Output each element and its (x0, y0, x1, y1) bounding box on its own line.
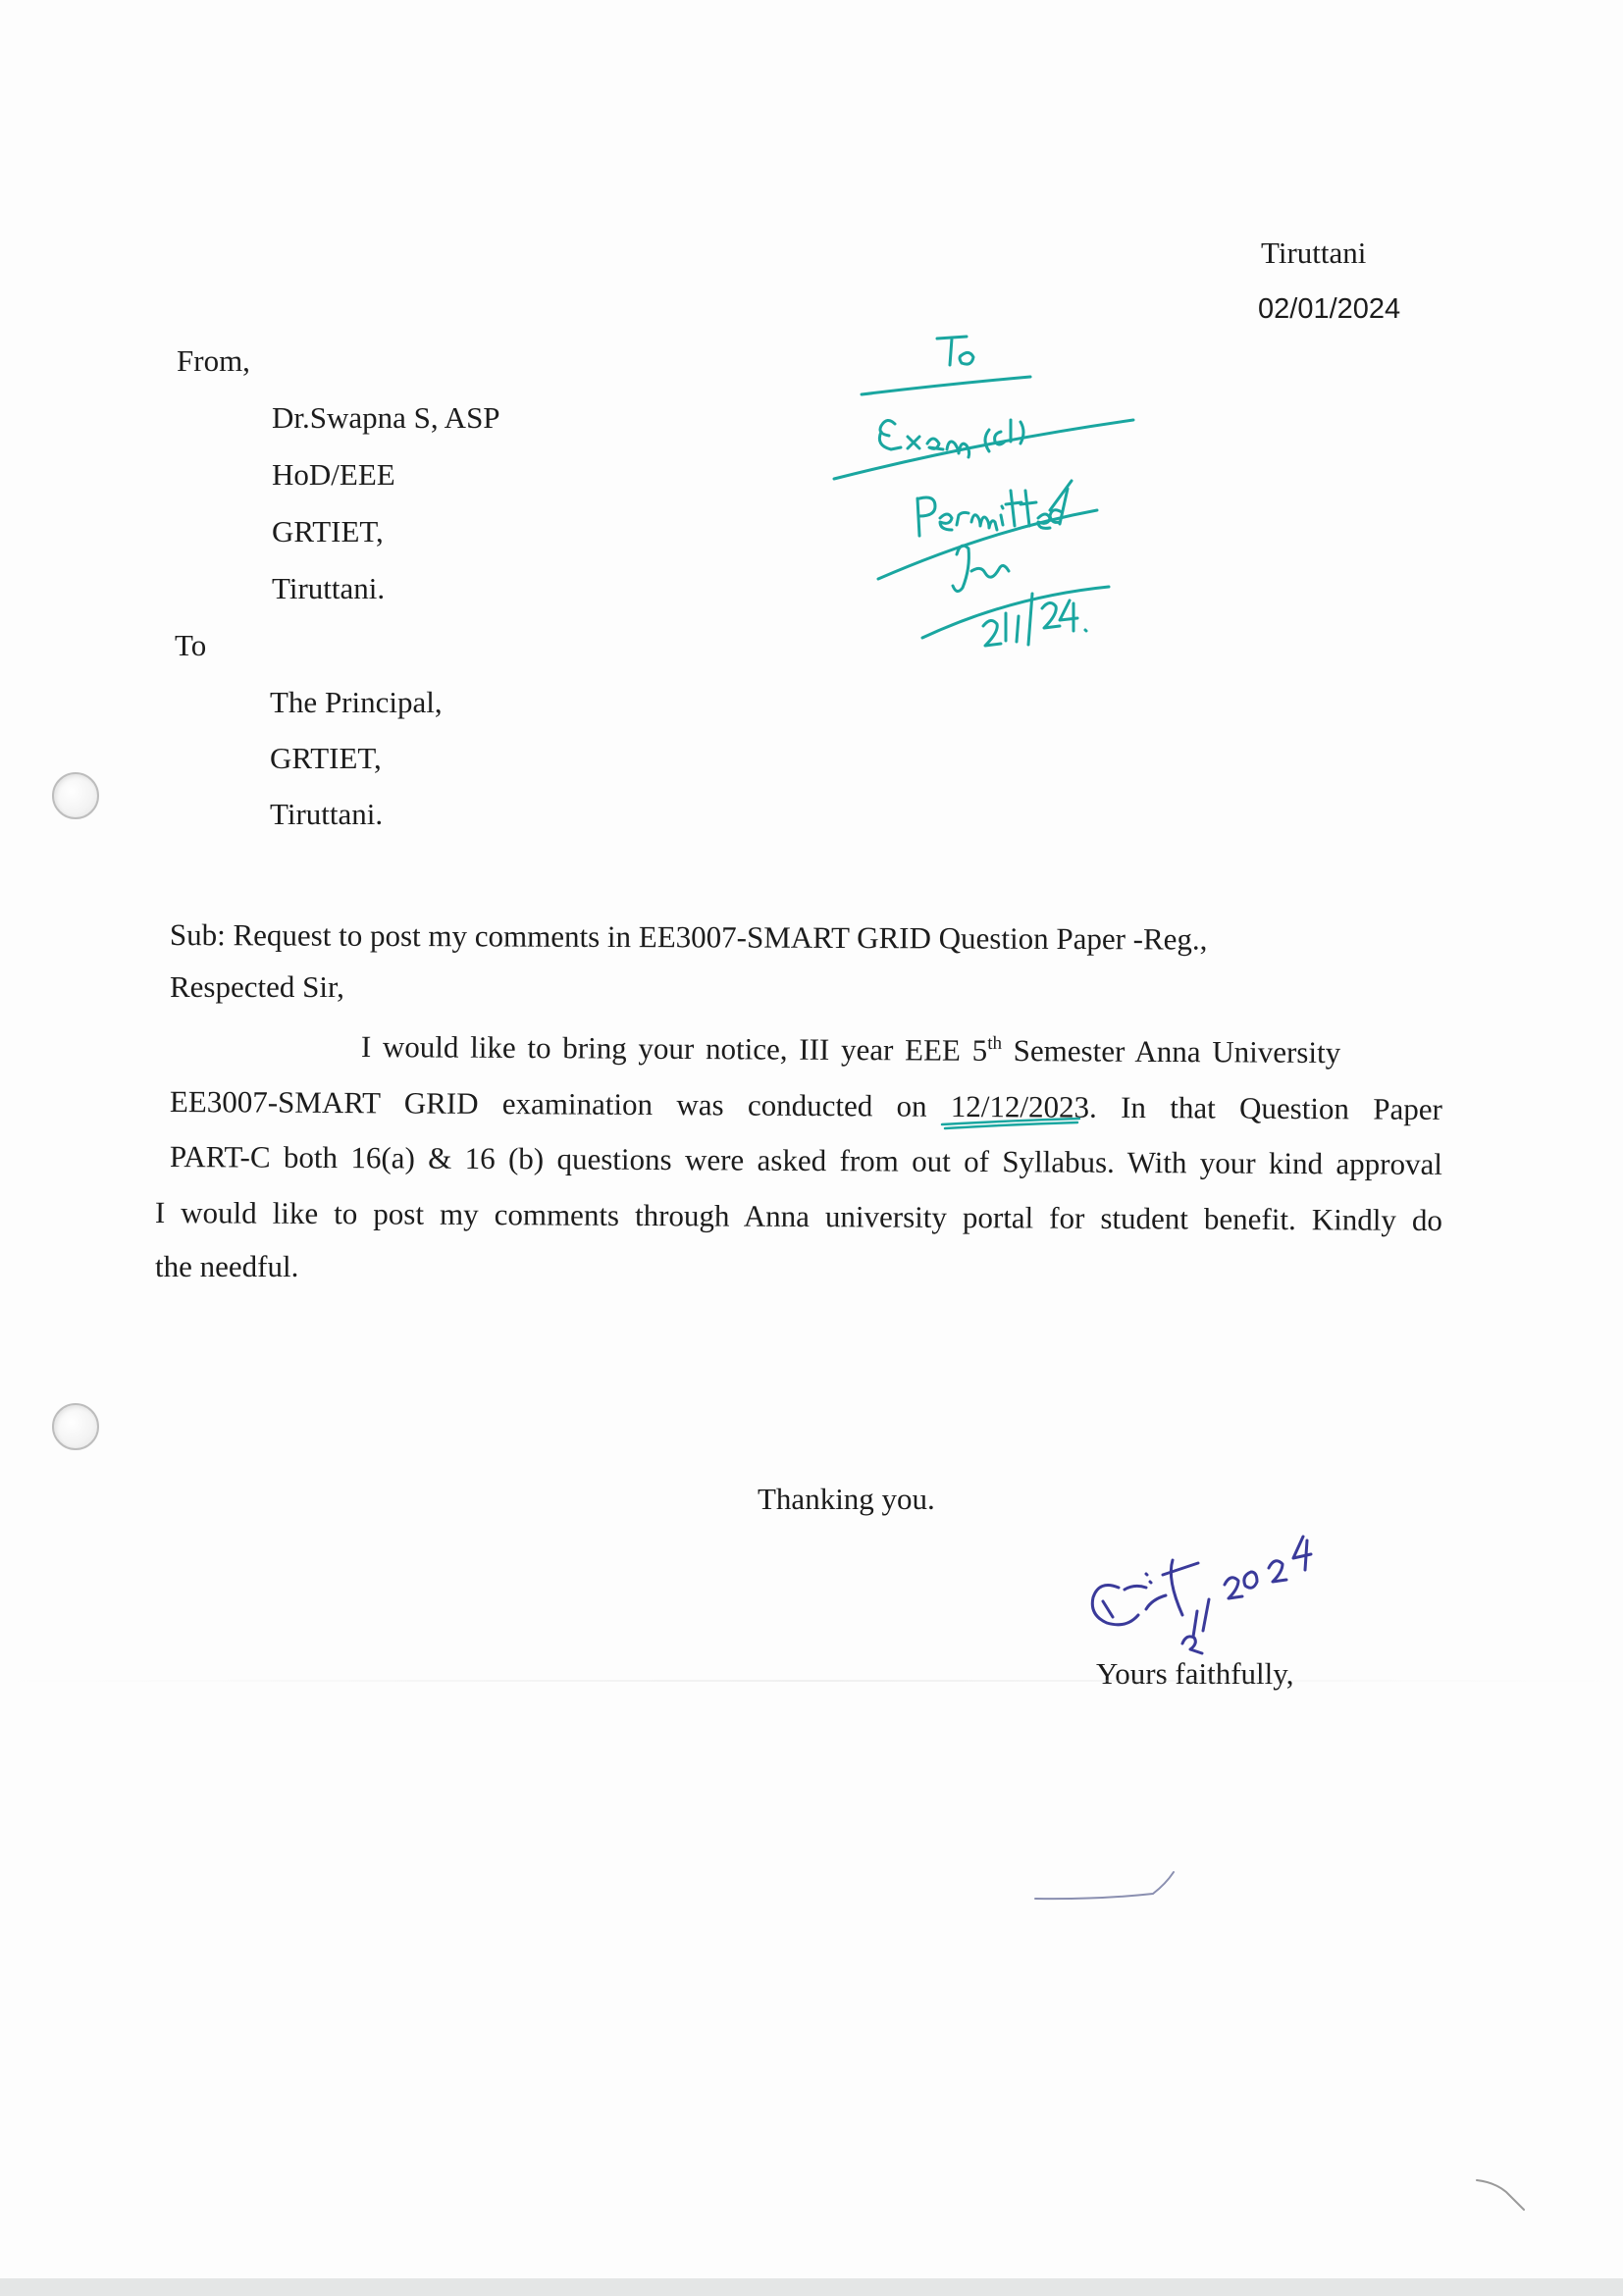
body-line-1-text: I would like to bring your notice, III y… (361, 1030, 1340, 1068)
salutation: Respected Sir, (170, 971, 344, 1002)
scan-bottom-edge (0, 2278, 1623, 2296)
header-date: 02/01/2024 (1258, 295, 1400, 324)
punch-hole-top (52, 772, 99, 819)
from-line-city: Tiruttani. (272, 573, 385, 603)
to-line-institution: GRTIET, (270, 743, 382, 773)
yours-faithfully: Yours faithfully, (1096, 1658, 1294, 1689)
scan-artifact-line (0, 1680, 1623, 1682)
body-line-4: I would like to post my comments through… (155, 1197, 1442, 1235)
body-line-3: PART-C both 16(a) & 16 (b) questions wer… (170, 1141, 1442, 1179)
from-line-dept: HoD/EEE (272, 459, 395, 490)
thanking-you: Thanking you. (758, 1484, 935, 1514)
punch-hole-bottom (52, 1403, 99, 1450)
from-line-institution: GRTIET, (272, 516, 384, 547)
header-place: Tiruttani (1261, 237, 1366, 268)
from-line-name: Dr.Swapna S, ASP (272, 402, 500, 433)
from-label: From, (177, 345, 250, 376)
body-line-1: I would like to bring your notice, III y… (361, 1030, 1442, 1069)
subject-line: Sub: Request to post my comments in EE30… (170, 919, 1208, 955)
body-line-5: the needful. (155, 1251, 298, 1281)
body-line-2: EE3007-SMART GRID examination was conduc… (170, 1086, 1442, 1124)
to-label: To (175, 630, 206, 660)
letter-page: Tiruttani 02/01/2024 From, Dr.Swapna S, … (0, 0, 1623, 2296)
to-line-city: Tiruttani. (270, 799, 383, 829)
to-line-title: The Principal, (270, 687, 443, 717)
